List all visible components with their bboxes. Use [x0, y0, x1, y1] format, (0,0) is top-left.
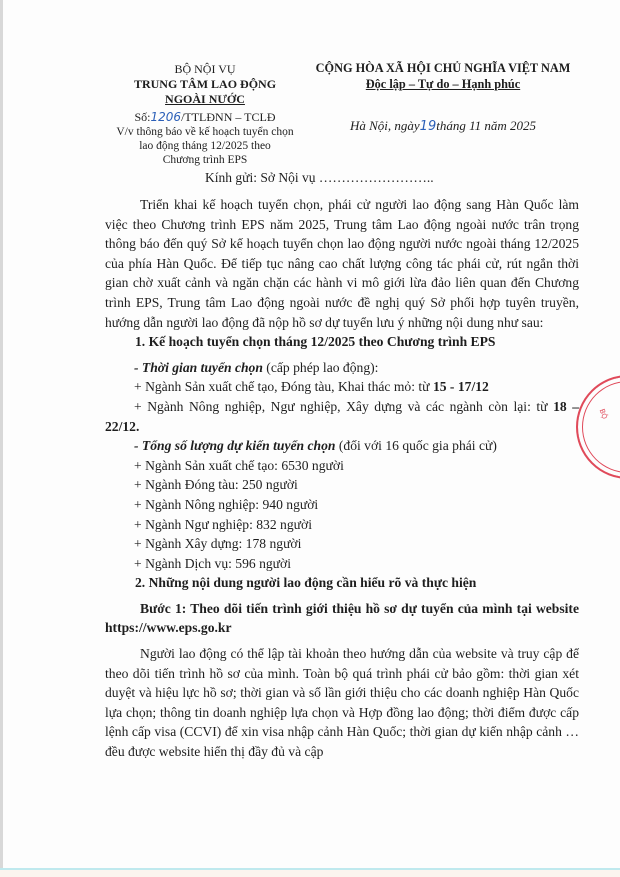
time-item-text: + Ngành Sản xuất chế tạo, Đóng tàu, Khai…: [134, 379, 433, 394]
time-item: + Ngành Nông nghiệp, Ngư nghiệp, Xây dựn…: [105, 397, 579, 436]
time-note: (cấp phép lao động):: [263, 360, 379, 375]
document-page: BỘ NỘI VỤ TRUNG TÂM LAO ĐỘNG NGOÀI NƯỚC …: [0, 0, 620, 877]
doc-number-handwritten: 1206: [151, 110, 182, 124]
page-edge: [0, 0, 3, 877]
place-date-suffix: tháng 11 năm 2025: [436, 118, 536, 133]
ministry-name: BỘ NỘI VỤ: [100, 62, 310, 77]
recipient-line: Kính gửi: Sở Nội vụ ……………………..: [205, 170, 434, 186]
agency-name-line1: TRUNG TÂM LAO ĐỘNG: [100, 77, 310, 92]
quota-note: (đối với 16 quốc gia phái cử): [335, 438, 496, 453]
national-header: CỘNG HÒA XÃ HỘI CHỦ NGHĨA VIỆT NAM Độc l…: [298, 60, 588, 134]
time-item: + Ngành Sản xuất chế tạo, Đóng tàu, Khai…: [105, 377, 579, 397]
document-number: Số:1206/TTLĐNN – TCLĐ: [100, 110, 310, 125]
quota-item: + Ngành Nông nghiệp: 940 người: [105, 495, 579, 515]
doc-number-prefix: Số:: [135, 110, 151, 124]
quota-item: + Ngành Xây dựng: 178 người: [105, 534, 579, 554]
section-2-title: 2. Những nội dung người lao động cần hiể…: [105, 573, 579, 593]
nation-title: CỘNG HÒA XÃ HỘI CHỦ NGHĨA VIỆT NAM: [298, 60, 588, 76]
subject-line-1: V/v thông báo về kế hoạch tuyển chọn: [100, 125, 310, 139]
next-page-edge: [0, 870, 620, 877]
agency-name-line2: NGOÀI NƯỚC: [100, 92, 310, 107]
place-date-prefix: Hà Nội, ngày: [350, 118, 420, 133]
national-motto: Độc lập – Tự do – Hạnh phúc: [298, 76, 588, 92]
quota-item: + Ngành Đóng tàu: 250 người: [105, 475, 579, 495]
doc-number-suffix: /TTLĐNN – TCLĐ: [181, 110, 275, 124]
quota-item: + Ngành Sản xuất chế tạo: 6530 người: [105, 456, 579, 476]
place-date: Hà Nội, ngày19tháng 11 năm 2025: [298, 118, 588, 134]
section-1-title: 1. Kế hoạch tuyển chọn tháng 12/2025 the…: [105, 332, 579, 352]
time-item-text: + Ngành Nông nghiệp, Ngư nghiệp, Xây dựn…: [134, 399, 553, 414]
time-label: - Thời gian tuyển chọn: [134, 360, 263, 375]
issuer-header: BỘ NỘI VỤ TRUNG TÂM LAO ĐỘNG NGOÀI NƯỚC …: [100, 62, 310, 167]
subject-line-2: lao động tháng 12/2025 theo: [100, 139, 310, 153]
quota-heading: - Tổng số lượng dự kiến tuyển chọn (đối …: [105, 436, 579, 456]
day-handwritten: 19: [420, 119, 437, 134]
subject-line-3: Chương trình EPS: [100, 153, 310, 167]
red-seal-stamp: [576, 375, 620, 479]
step-1-paragraph: Người lao động có thể lập tài khoản theo…: [105, 644, 579, 762]
time-heading: - Thời gian tuyển chọn (cấp phép lao độn…: [105, 358, 579, 378]
quota-label: - Tổng số lượng dự kiến tuyển chọn: [134, 438, 335, 453]
time-item-range: 15 - 17/12: [433, 379, 489, 394]
quota-item: + Ngành Ngư nghiệp: 832 người: [105, 515, 579, 535]
intro-paragraph: Triển khai kế hoạch tuyển chọn, phái cử …: [105, 195, 579, 332]
step-1-title: Bước 1: Theo dõi tiến trình giới thiệu h…: [105, 599, 579, 638]
document-body: Triển khai kế hoạch tuyển chọn, phái cử …: [105, 195, 579, 762]
quota-item: + Ngành Dịch vụ: 596 người: [105, 554, 579, 574]
